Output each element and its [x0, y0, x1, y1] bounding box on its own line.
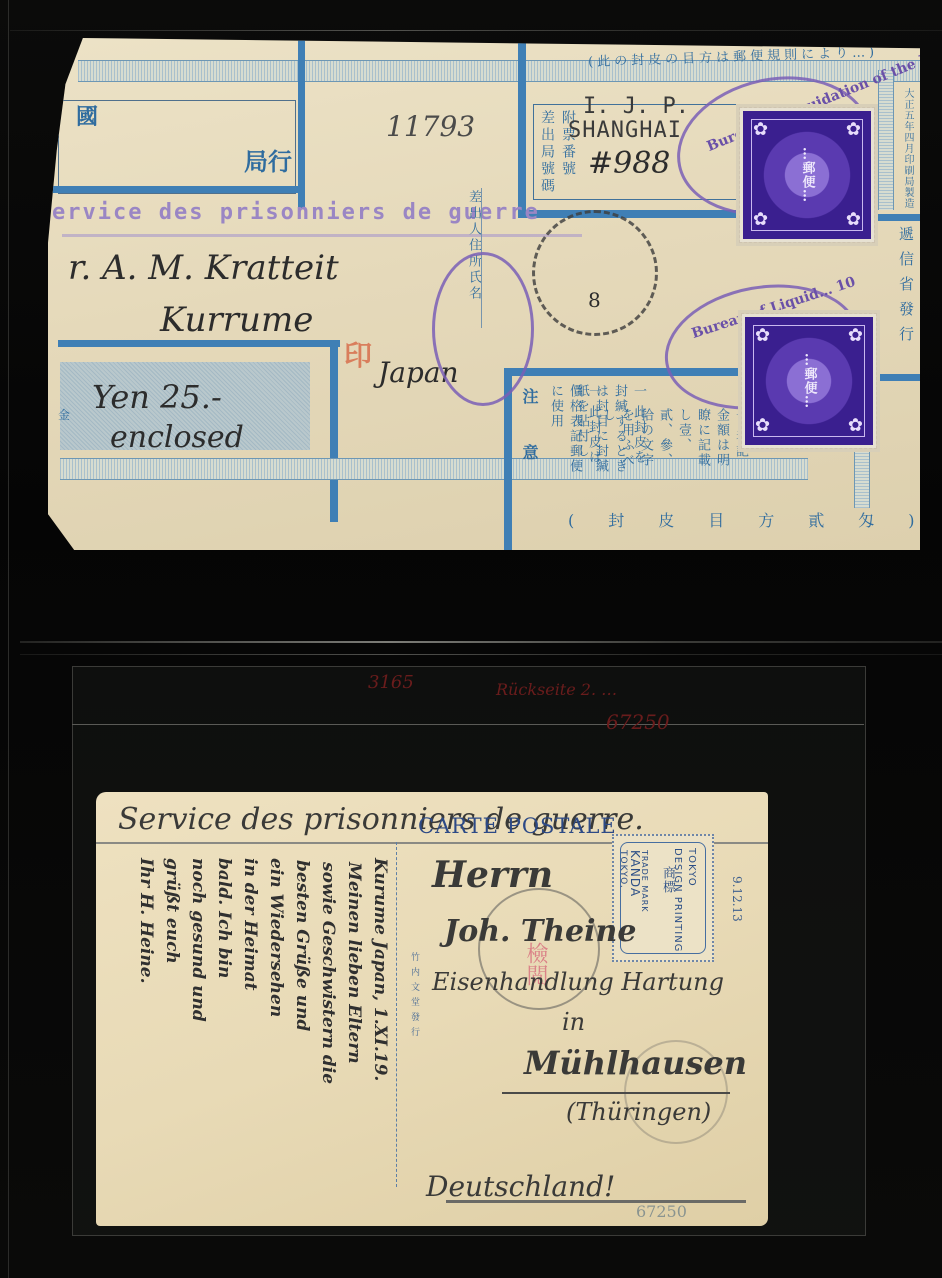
message-line: sowie Geschwistern die [318, 862, 338, 1084]
frame-bar [878, 374, 920, 381]
flower-icon: ✿ [848, 327, 863, 345]
value-amount: Yen 25.- [92, 378, 222, 416]
address-salutation: Herrn [432, 854, 553, 896]
stamp-inscription: …郵便… [798, 147, 817, 203]
frame-bar [58, 340, 340, 347]
note-3: 一 表記金額は明瞭に記載し壹、貳、參、拾の文字を用ふべし [598, 408, 750, 468]
weight-note-bottom: (封皮目方貳匁) [568, 508, 920, 531]
message-line: bald. Ich bin [214, 858, 234, 978]
flower-icon: ✿ [846, 211, 861, 229]
addressee-city: Kurrume [160, 300, 313, 340]
message-line: besten Grüße und [292, 860, 312, 1031]
handstamp-ijp: I. J. P. [583, 94, 689, 119]
flower-icon: ✿ [753, 211, 768, 229]
kanji-bureau: 局行 [244, 142, 292, 177]
address-name: Joh. Theine [444, 914, 636, 949]
flower-icon: ✿ [755, 327, 770, 345]
message-divider [396, 842, 397, 1187]
dealer-description: Rückseite 2. … [496, 680, 617, 699]
city-underline [502, 1092, 730, 1094]
label-text: TOKYO [686, 848, 697, 887]
flower-icon: ✿ [846, 121, 861, 139]
flower-icon: ✿ [755, 417, 770, 435]
frame-bar [518, 38, 526, 216]
sleeve-edge-top [10, 30, 942, 31]
message-line: in der Heimat [240, 858, 260, 991]
guilloche-band-right [878, 70, 894, 210]
violet-censor-circle [432, 252, 534, 406]
printer-imprint: 竹内文堂發行 [408, 952, 421, 1042]
country-underline [446, 1200, 746, 1203]
dealer-price-code: 67250 [606, 710, 670, 734]
album-stock-page: 國 局行 11793 差出局號碼 附票番號 I. J. P. SHANGHAI … [0, 0, 942, 1278]
message-line: ein Wiedersehen [266, 858, 286, 1017]
address-company: Eisenhandlung Hartung [432, 968, 724, 996]
page-edge-left [8, 0, 9, 1278]
label-text: TOKYO. [618, 850, 628, 889]
pencil-price-code: 67250 [636, 1202, 687, 1221]
label-text: KANDA [628, 850, 642, 897]
purple-stamp-lower: ✿ ✿ ✿ ✿ …郵便… [742, 314, 876, 448]
red-seal-chop: 印 [344, 334, 372, 374]
message-line: Ihr H. Heine. [136, 858, 156, 984]
handwritten-reg-number: #988 [588, 146, 670, 181]
frame-bar [330, 340, 338, 522]
label-origin-office: 差出局號碼 [537, 110, 557, 195]
addressee-name: r. A. M. Kratteit [68, 248, 339, 288]
message-line: grüßt euch [162, 858, 182, 964]
postmark-fragment: 8 [588, 288, 601, 312]
stamp-inscription: …郵便… [800, 353, 819, 409]
pow-postcard: Service des prisonniers de guerre. CARTE… [96, 792, 768, 1226]
sleeve-divider [20, 641, 942, 643]
label-text: 商標 [658, 866, 677, 894]
frame-bar [298, 38, 305, 208]
frame-bar [48, 186, 305, 193]
message-line: Meinen lieben Eltern [344, 862, 364, 1064]
kanji-country: 國 [76, 100, 98, 131]
handstamp-shanghai: SHANGHAI [568, 118, 682, 143]
date-marks-vertical: 9.12.13 [730, 876, 744, 922]
purple-stamp-upper: ✿ ✿ ✿ ✿ …郵便… [740, 108, 874, 242]
label-text: DESIGN PRINTING [672, 848, 683, 952]
cachet-underline [62, 234, 582, 237]
frame-bar [878, 214, 920, 221]
address-in: in [562, 1008, 585, 1036]
sleeve-flap [72, 666, 864, 725]
issuer-text: 遞信省發行 [896, 226, 917, 351]
message-line: noch gesund und [188, 858, 208, 1022]
registered-envelope: 國 局行 11793 差出局號碼 附票番號 I. J. P. SHANGHAI … [48, 38, 920, 550]
flower-icon: ✿ [753, 121, 768, 139]
dealer-item-number: 3165 [368, 672, 414, 693]
circular-postmark [532, 210, 658, 336]
flower-icon: ✿ [848, 417, 863, 435]
value-enclosed: enclosed [110, 420, 244, 455]
printing-date-text: 大正五年四月印刷局製造 [900, 88, 915, 209]
pencil-reference-number: 11793 [386, 110, 475, 143]
address-country: Deutschland! [426, 1170, 615, 1203]
notes-header: 注意 [518, 388, 541, 500]
address-region: (Thüringen) [566, 1098, 711, 1126]
frame-bar [518, 210, 748, 218]
value-label: 金 [58, 406, 70, 423]
sleeve-divider-lower [20, 654, 942, 655]
message-line: Kurume Japan, 1.XI.19. [370, 858, 390, 1081]
carte-postale-title: CARTE POSTALE [418, 814, 617, 838]
address-city: Mühlhausen [524, 1044, 747, 1082]
